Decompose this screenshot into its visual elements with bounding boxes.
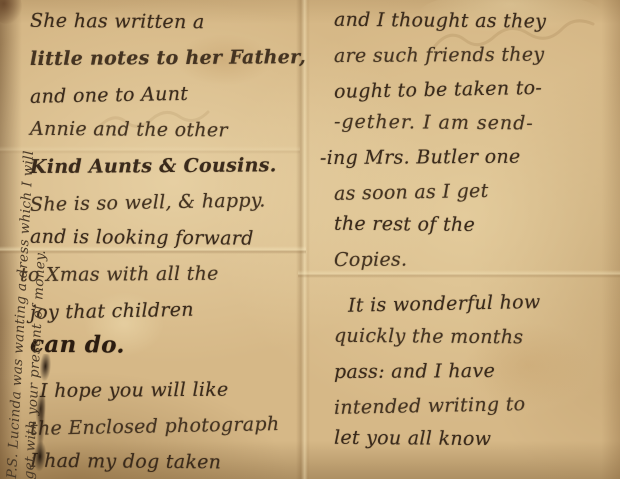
handwritten-line: are such friends they <box>334 37 620 73</box>
handwritten-line: Annie and the other <box>30 111 326 150</box>
handwritten-line: the Enclosed photograph <box>30 405 327 447</box>
handwritten-line: I hope you will like <box>40 371 326 409</box>
handwritten-line: let you all know <box>334 421 620 458</box>
handwritten-line: She is so well, & happy. <box>30 181 327 223</box>
letter-photo: She has written a little notes to her Fa… <box>0 0 620 479</box>
handwritten-line: She has written a <box>30 3 326 42</box>
handwritten-line: intended writing to <box>334 385 620 425</box>
handwritten-line: I had my dog taken <box>30 443 326 479</box>
handwritten-line: to Xmas with all the <box>20 255 326 293</box>
handwritten-line: -ing Mrs. Butler one <box>320 139 620 175</box>
handwritten-line: pass: and I have <box>334 353 620 389</box>
handwritten-line: little notes to her Father, <box>30 39 326 77</box>
handwritten-line: Copies. <box>334 241 620 277</box>
handwritten-line: can do. <box>30 327 326 366</box>
handwritten-line: as soon as I get <box>334 171 620 211</box>
handwritten-line: and I thought as they <box>334 3 620 40</box>
left-page-text: She has written a little notes to her Fa… <box>30 4 326 479</box>
handwritten-line: Kind Aunts & Cousins. <box>30 147 326 185</box>
handwritten-line: -gether. I am send- <box>334 105 620 142</box>
handwritten-line: quickly the months <box>334 319 620 356</box>
handwritten-line: the rest of the <box>334 207 620 244</box>
handwritten-line: It is wonderful how <box>348 283 620 322</box>
handwritten-line: joy that children <box>30 289 327 331</box>
handwritten-line: ought to be taken to- <box>334 69 620 109</box>
right-page-text: and I thought as they are such friends t… <box>334 4 620 456</box>
handwritten-line: and is looking forward <box>30 219 326 258</box>
handwritten-line: and one to Aunt <box>30 73 327 115</box>
